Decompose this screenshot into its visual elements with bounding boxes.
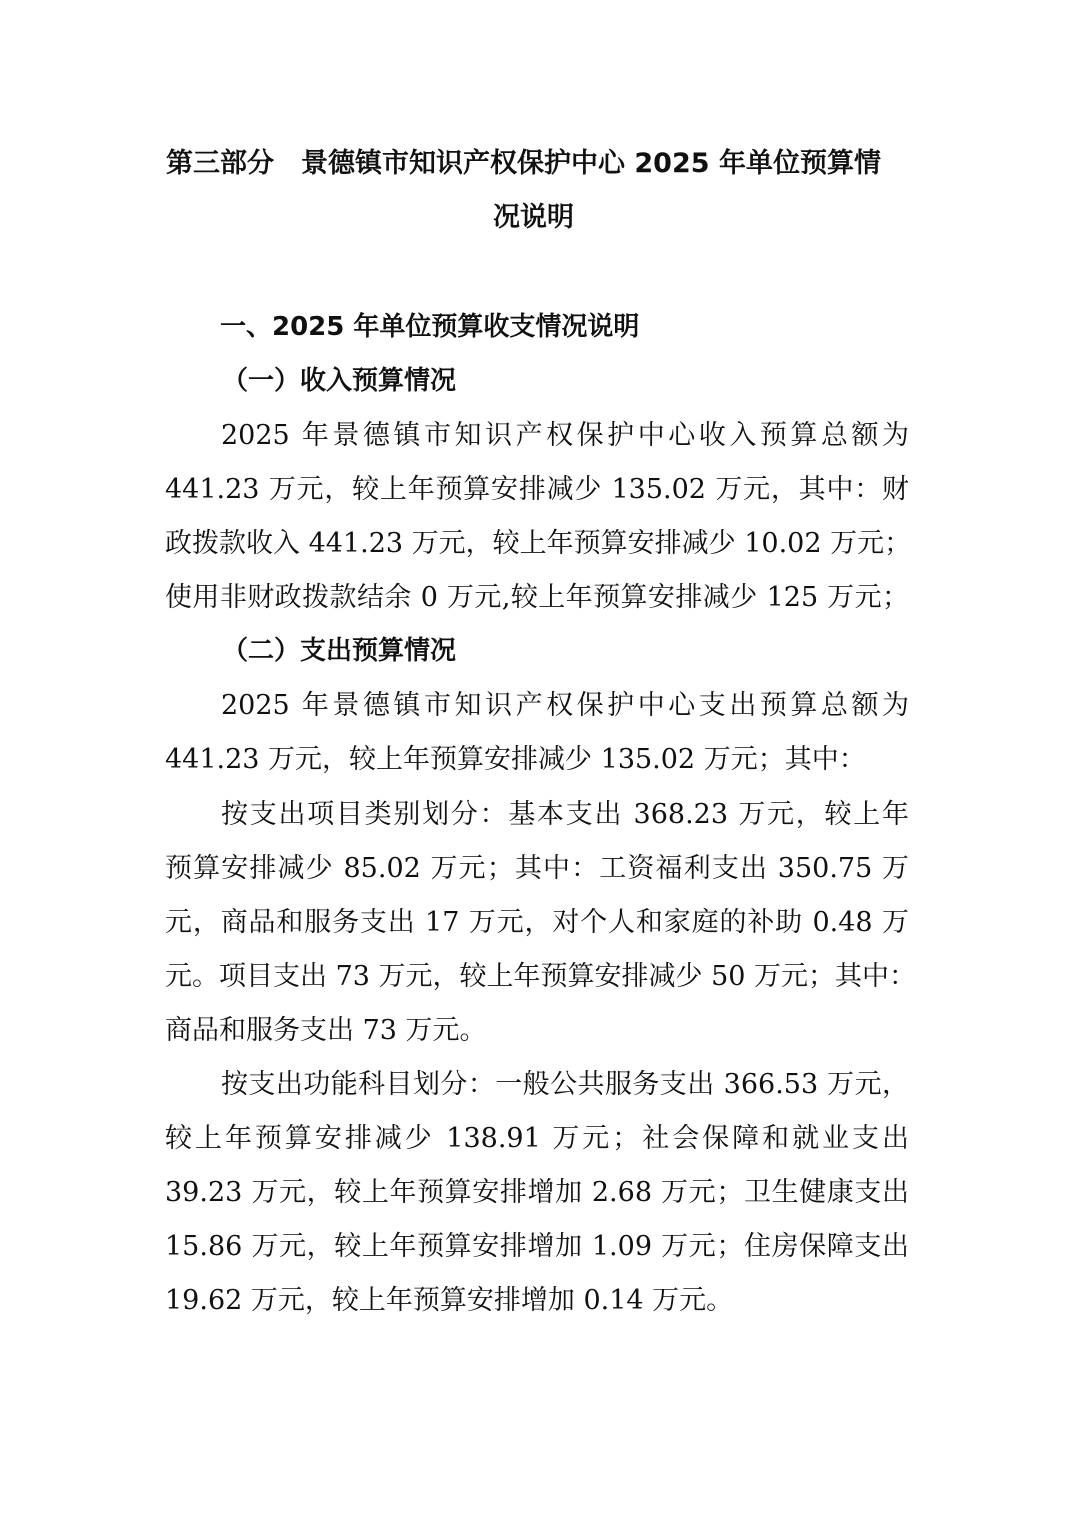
document-page: 第三部分 景德镇市知识产权保护中心 2025 年单位预算情 况说明 一、2025… xyxy=(0,0,1074,1520)
expenditure-by-category-line: 预算安排减少 85.02 万元；其中：工资福利支出 350.75 万 xyxy=(165,855,909,882)
subsection-heading-expenditure: （二）支出预算情况 xyxy=(222,638,456,664)
expenditure-by-function-line: 15.86 万元，较上年预算安排增加 1.09 万元；住房保障支出 xyxy=(165,1233,909,1260)
expenditure-summary-line: 2025 年景德镇市知识产权保护中心支出预算总额为 xyxy=(221,692,909,719)
expenditure-by-function-line: 较上年预算安排减少 138.91 万元；社会保障和就业支出 xyxy=(165,1125,909,1152)
document-title-line-1: 第三部分 景德镇市知识产权保护中心 2025 年单位预算情 xyxy=(166,150,908,177)
document-title-line-2: 况说明 xyxy=(493,204,574,231)
expenditure-by-function-line: 39.23 万元，较上年预算安排增加 2.68 万元；卫生健康支出 xyxy=(165,1179,909,1206)
expenditure-by-category-line: 元，商品和服务支出 17 万元，对个人和家庭的补助 0.48 万 xyxy=(165,909,909,936)
section-heading-budget-overview: 一、2025 年单位预算收支情况说明 xyxy=(220,314,639,340)
income-paragraph-line: 政拨款收入 441.23 万元，较上年预算安排减少 10.02 万元； xyxy=(165,530,909,557)
expenditure-by-category-line: 商品和服务支出 73 万元。 xyxy=(165,1017,487,1044)
expenditure-by-category-line: 按支出项目类别划分：基本支出 368.23 万元，较上年 xyxy=(221,801,909,828)
income-paragraph-line: 441.23 万元，较上年预算安排减少 135.02 万元，其中：财 xyxy=(165,476,909,503)
expenditure-by-category-line: 元。项目支出 73 万元，较上年预算安排减少 50 万元；其中： xyxy=(165,963,909,990)
income-paragraph-line: 2025 年景德镇市知识产权保护中心收入预算总额为 xyxy=(221,422,909,449)
expenditure-by-function-line: 按支出功能科目划分：一般公共服务支出 366.53 万元， xyxy=(221,1071,909,1098)
expenditure-by-function-line: 19.62 万元，较上年预算安排增加 0.14 万元。 xyxy=(165,1287,733,1314)
expenditure-summary-line: 441.23 万元，较上年预算安排减少 135.02 万元；其中： xyxy=(165,746,866,773)
subsection-heading-income: （一）收入预算情况 xyxy=(222,368,456,394)
income-paragraph-line: 使用非财政拨款结余 0 万元,较上年预算安排减少 125 万元； xyxy=(165,584,909,611)
